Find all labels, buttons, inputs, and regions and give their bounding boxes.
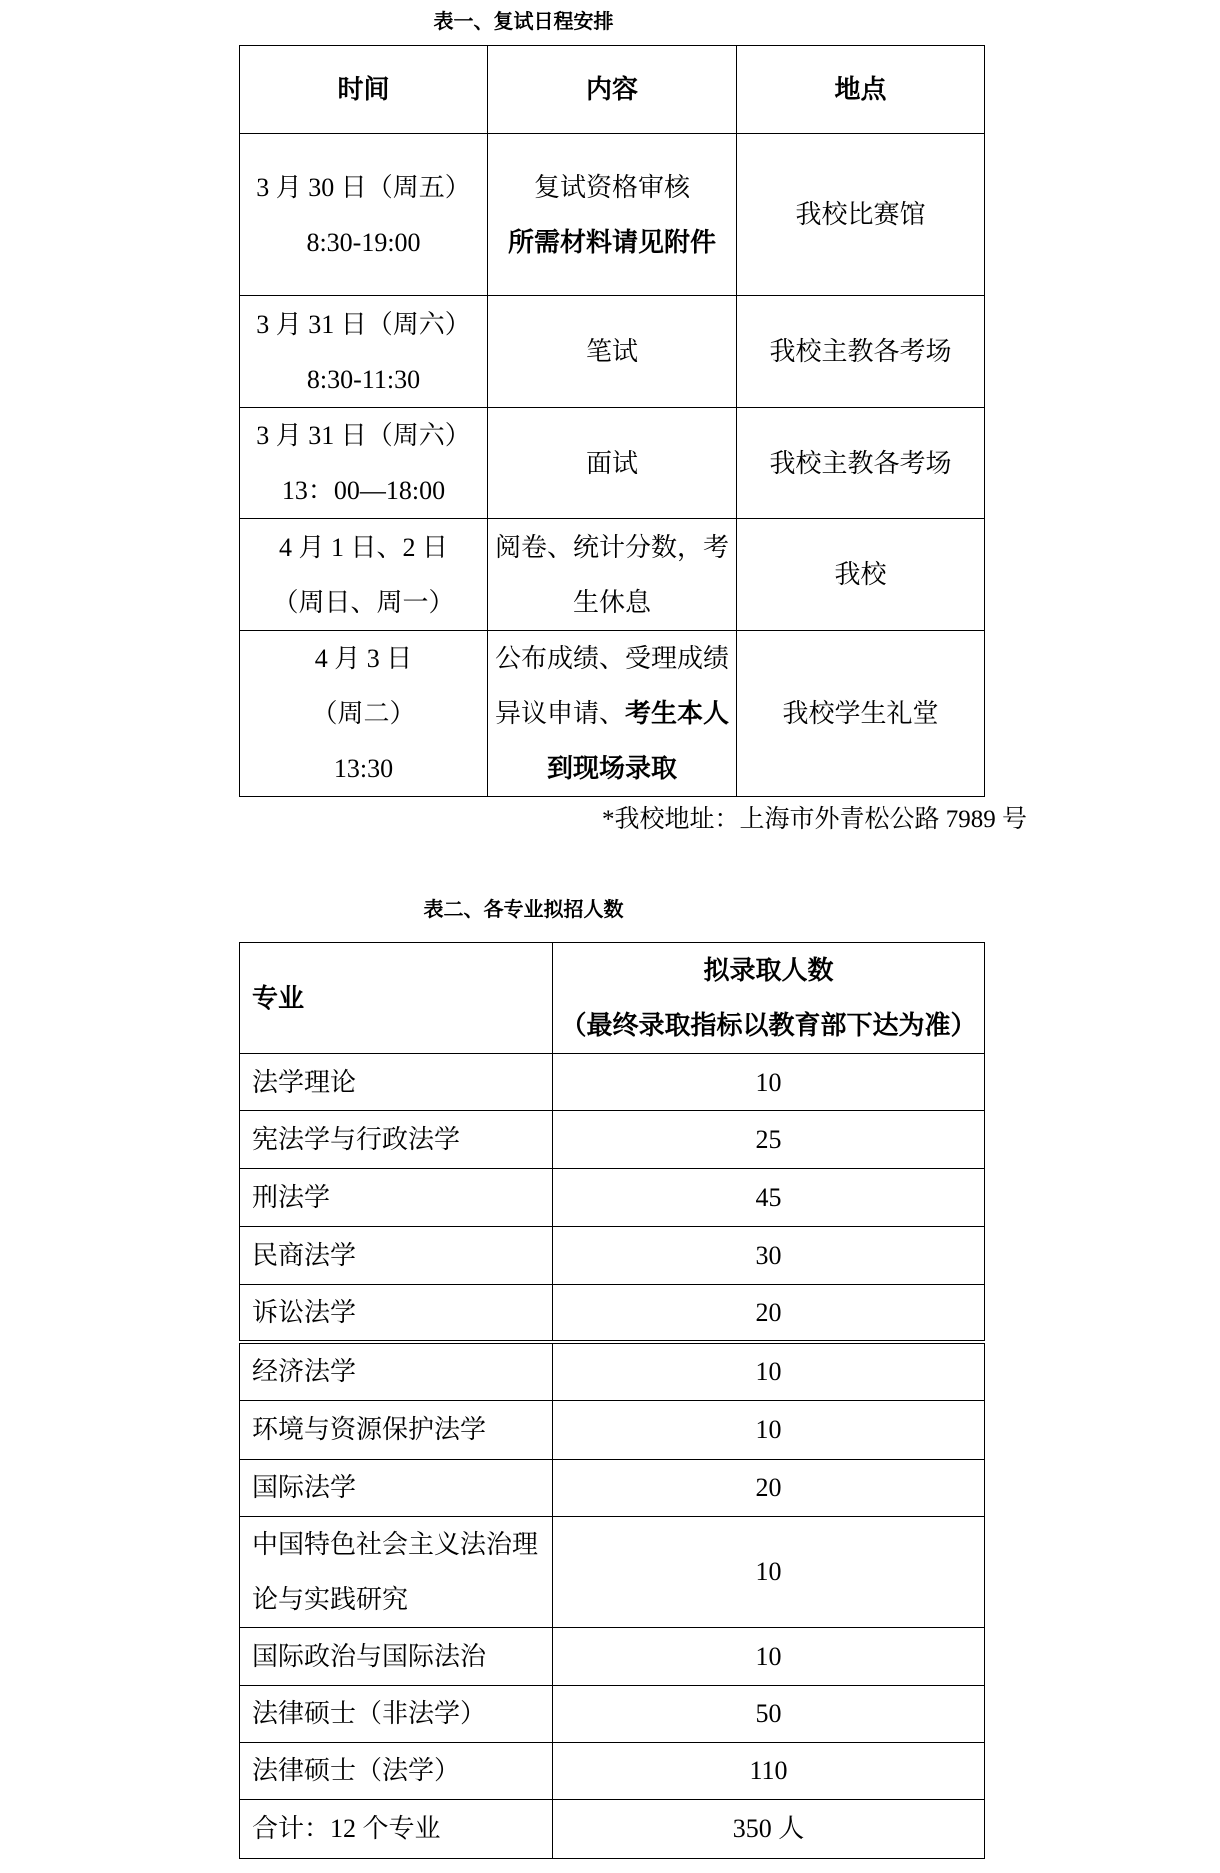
header-count-line1: 拟录取人数 bbox=[553, 943, 984, 998]
schedule-header-time: 时间 bbox=[240, 46, 488, 134]
count-cell: 45 bbox=[553, 1169, 985, 1227]
content-cell: 笔试 bbox=[488, 296, 737, 408]
place-cell: 我校主教各考场 bbox=[737, 408, 985, 519]
time-line: （周日、周一） bbox=[240, 575, 487, 630]
content-line-bold: 所需材料请见附件 bbox=[488, 215, 736, 270]
content-line: 复试资格审核 bbox=[488, 160, 736, 215]
table2-title: 表二、各专业拟招人数 bbox=[64, 896, 983, 924]
time-cell: 3 月 31 日（周六） 8:30-11:30 bbox=[240, 296, 488, 408]
count-cell: 20 bbox=[553, 1459, 985, 1516]
count-cell: 25 bbox=[553, 1111, 985, 1169]
table-row: 中国特色社会主义法治理论与实践研究 10 bbox=[240, 1516, 985, 1627]
time-line: 8:30-11:30 bbox=[240, 352, 487, 407]
table-row-total: 合计：12 个专业 350 人 bbox=[240, 1799, 985, 1858]
table-row: 法学理论 10 bbox=[240, 1054, 985, 1111]
total-count-cell: 350 人 bbox=[553, 1799, 985, 1858]
count-cell: 10 bbox=[553, 1054, 985, 1111]
count-cell: 30 bbox=[553, 1227, 985, 1285]
table-row: 宪法学与行政法学 25 bbox=[240, 1111, 985, 1169]
major-cell: 环境与资源保护法学 bbox=[240, 1400, 553, 1459]
time-line: （周二） bbox=[240, 686, 487, 741]
table1-title: 表一、复试日程安排 bbox=[64, 8, 983, 36]
table-row: 3 月 31 日（周六） 13：00—18:00 面试 我校主教各考场 bbox=[240, 408, 985, 519]
table-row: 刑法学 45 bbox=[240, 1169, 985, 1227]
schedule-header-place: 地点 bbox=[737, 46, 985, 134]
table-row: 4 月 3 日 （周二） 13:30 公布成绩、受理成绩异议申请、考生本人到现场… bbox=[240, 631, 985, 797]
major-cell: 刑法学 bbox=[240, 1169, 553, 1227]
table-row: 民商法学 30 bbox=[240, 1227, 985, 1285]
schedule-table: 时间 内容 地点 3 月 30 日（周五） 8:30-19:00 复试资格审核 … bbox=[239, 45, 985, 797]
table-row: 法律硕士（非法学） 50 bbox=[240, 1685, 985, 1742]
time-line: 13:30 bbox=[240, 741, 487, 796]
count-cell: 10 bbox=[553, 1342, 985, 1400]
time-line: 13：00—18:00 bbox=[240, 463, 487, 518]
time-cell: 3 月 31 日（周六） 13：00—18:00 bbox=[240, 408, 488, 519]
time-line: 4 月 3 日 bbox=[240, 631, 487, 686]
time-line: 3 月 31 日（周六） bbox=[240, 408, 487, 463]
enrollment-header-major: 专业 bbox=[240, 943, 553, 1054]
count-cell: 10 bbox=[553, 1516, 985, 1627]
time-line: 3 月 31 日（周六） bbox=[240, 297, 487, 352]
table-row: 3 月 30 日（周五） 8:30-19:00 复试资格审核 所需材料请见附件 … bbox=[240, 134, 985, 296]
document-page: { "colors": { "text": "#000000", "border… bbox=[0, 0, 1220, 1873]
major-cell: 国际法学 bbox=[240, 1459, 553, 1516]
content-cell: 复试资格审核 所需材料请见附件 bbox=[488, 134, 737, 296]
place-cell: 我校 bbox=[737, 519, 985, 631]
header-count-line2: （最终录取指标以教育部下达为准） bbox=[553, 998, 984, 1053]
count-cell: 10 bbox=[553, 1627, 985, 1685]
major-cell: 中国特色社会主义法治理论与实践研究 bbox=[240, 1516, 553, 1627]
enrollment-header-count: 拟录取人数 （最终录取指标以教育部下达为准） bbox=[553, 943, 985, 1054]
major-cell: 经济法学 bbox=[240, 1342, 553, 1400]
major-cell: 国际政治与国际法治 bbox=[240, 1627, 553, 1685]
content-cell: 阅卷、统计分数，考生休息 bbox=[488, 519, 737, 631]
schedule-header-content: 内容 bbox=[488, 46, 737, 134]
schedule-header-row: 时间 内容 地点 bbox=[240, 46, 985, 134]
time-cell: 4 月 1 日、2 日 （周日、周一） bbox=[240, 519, 488, 631]
table-row: 4 月 1 日、2 日 （周日、周一） 阅卷、统计分数，考生休息 我校 bbox=[240, 519, 985, 631]
count-cell: 10 bbox=[553, 1400, 985, 1459]
content-text: 公布成绩、受理成绩异议申请、考生本人到现场录取 bbox=[492, 631, 732, 796]
count-cell: 110 bbox=[553, 1742, 985, 1799]
major-cell: 法学理论 bbox=[240, 1054, 553, 1111]
table-row: 3 月 31 日（周六） 8:30-11:30 笔试 我校主教各考场 bbox=[240, 296, 985, 408]
place-cell: 我校比赛馆 bbox=[737, 134, 985, 296]
time-cell: 3 月 30 日（周五） 8:30-19:00 bbox=[240, 134, 488, 296]
place-cell: 我校主教各考场 bbox=[737, 296, 985, 408]
table-row: 环境与资源保护法学 10 bbox=[240, 1400, 985, 1459]
total-label-cell: 合计：12 个专业 bbox=[240, 1799, 553, 1858]
count-cell: 50 bbox=[553, 1685, 985, 1742]
table-row: 经济法学 10 bbox=[240, 1342, 985, 1400]
major-cell: 民商法学 bbox=[240, 1227, 553, 1285]
enrollment-header-row: 专业 拟录取人数 （最终录取指标以教育部下达为准） bbox=[240, 943, 985, 1054]
major-cell: 宪法学与行政法学 bbox=[240, 1111, 553, 1169]
table-row: 法律硕士（法学） 110 bbox=[240, 1742, 985, 1799]
address-footnote: *我校地址：上海市外青松公路 7989 号 bbox=[0, 800, 1027, 840]
major-cell: 诉讼法学 bbox=[240, 1285, 553, 1343]
table-row: 国际政治与国际法治 10 bbox=[240, 1627, 985, 1685]
time-line: 8:30-19:00 bbox=[240, 215, 487, 270]
time-line: 4 月 1 日、2 日 bbox=[240, 520, 487, 575]
major-cell: 法律硕士（非法学） bbox=[240, 1685, 553, 1742]
content-cell: 面试 bbox=[488, 408, 737, 519]
count-cell: 20 bbox=[553, 1285, 985, 1343]
place-cell: 我校学生礼堂 bbox=[737, 631, 985, 797]
content-text: 阅卷、统计分数，考生休息 bbox=[492, 520, 732, 630]
time-cell: 4 月 3 日 （周二） 13:30 bbox=[240, 631, 488, 797]
major-cell: 法律硕士（法学） bbox=[240, 1742, 553, 1799]
time-line: 3 月 30 日（周五） bbox=[240, 160, 487, 215]
table-row: 国际法学 20 bbox=[240, 1459, 985, 1516]
enrollment-table: 专业 拟录取人数 （最终录取指标以教育部下达为准） 法学理论 10 宪法学与行政… bbox=[239, 942, 985, 1859]
table-row: 诉讼法学 20 bbox=[240, 1285, 985, 1343]
content-cell: 公布成绩、受理成绩异议申请、考生本人到现场录取 bbox=[488, 631, 737, 797]
